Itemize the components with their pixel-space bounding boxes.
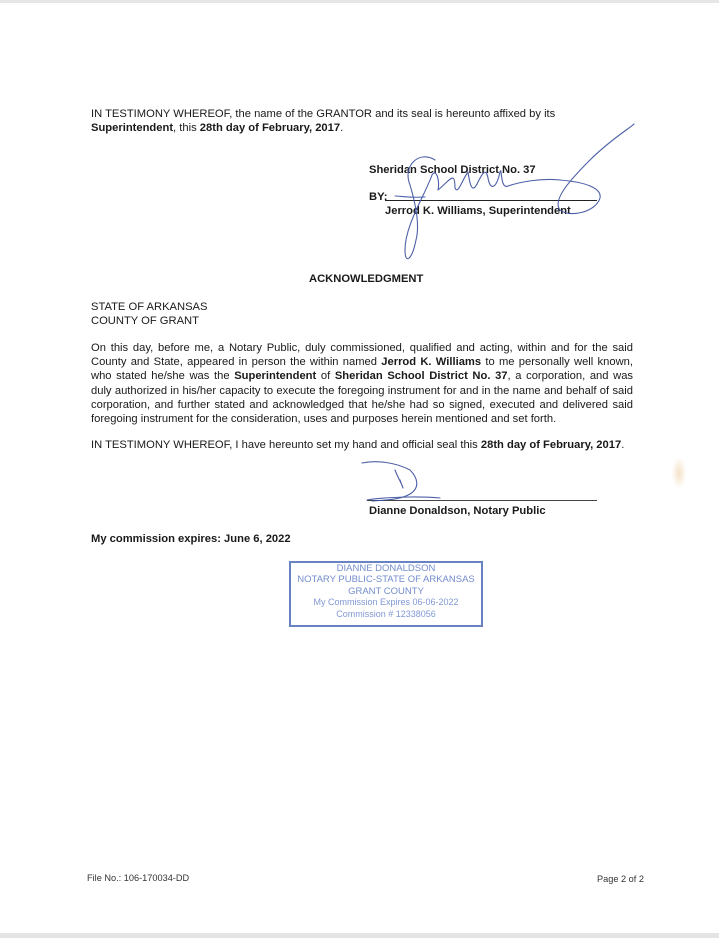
notary-signature-line <box>367 500 597 501</box>
superintendent-signature-icon <box>405 124 634 259</box>
county-line: COUNTY OF GRANT <box>91 314 199 328</box>
notary-stamp: DIANNE DONALDSON NOTARY PUBLIC-STATE OF … <box>289 561 483 627</box>
ack-entity: Sheridan School District No. 37 <box>335 370 508 382</box>
notary-name-title: Dianne Donaldson, Notary Public <box>369 504 546 518</box>
notary-testimony-period: . <box>621 439 624 451</box>
stamp-line-county: GRANT COUNTY <box>291 586 481 597</box>
grantor-entity-name: Sheridan School District No. 37 <box>369 163 536 177</box>
paper-smudge <box>672 458 686 488</box>
grantor-testimony-line1: IN TESTIMONY WHEREOF, the name of the GR… <box>91 108 555 120</box>
top-edge-band <box>0 0 719 3</box>
state-line: STATE OF ARKANSAS <box>91 300 207 314</box>
grantor-testimony-paragraph: IN TESTIMONY WHEREOF, the name of the GR… <box>91 107 633 135</box>
grantor-signer-name: Jerrod K. Williams, Superintendent <box>385 204 571 218</box>
grantor-testimony-title: Superintendent <box>91 122 173 134</box>
stamp-line-name: DIANNE DONALDSON <box>291 563 481 574</box>
ack-text-3: of <box>316 370 335 382</box>
notary-testimony-paragraph: IN TESTIMONY WHEREOF, I have hereunto se… <box>91 438 636 452</box>
stamp-line-expires: My Commission Expires 06-06-2022 <box>291 597 481 608</box>
notary-signature-icon <box>362 462 417 501</box>
grantor-testimony-period: . <box>340 122 343 134</box>
by-label: BY: <box>369 190 387 204</box>
grantor-testimony-date: 28th day of February, 2017 <box>200 122 340 134</box>
acknowledgment-body: On this day, before me, a Notary Public,… <box>91 341 633 426</box>
notary-testimony-date: 28th day of February, 2017 <box>481 439 621 451</box>
notary-testimony-text: IN TESTIMONY WHEREOF, I have hereunto se… <box>91 439 481 451</box>
ack-title: Superintendent <box>234 370 316 382</box>
commission-expires: My commission expires: June 6, 2022 <box>91 532 291 546</box>
acknowledgment-title: ACKNOWLEDGMENT <box>309 273 423 285</box>
bottom-edge-band <box>0 933 719 938</box>
grantor-signature-line <box>385 200 597 201</box>
ack-signer-name: Jerrod K. Williams <box>381 356 481 368</box>
handwritten-signatures <box>0 0 719 938</box>
stamp-line-state: NOTARY PUBLIC-STATE OF ARKANSAS <box>291 574 481 585</box>
file-number: File No.: 106-170034-DD <box>87 873 189 883</box>
page-number: Page 2 of 2 <box>597 874 644 884</box>
stamp-line-commission: Commission # 12338056 <box>291 609 481 620</box>
grantor-testimony-text: , this <box>173 122 200 134</box>
